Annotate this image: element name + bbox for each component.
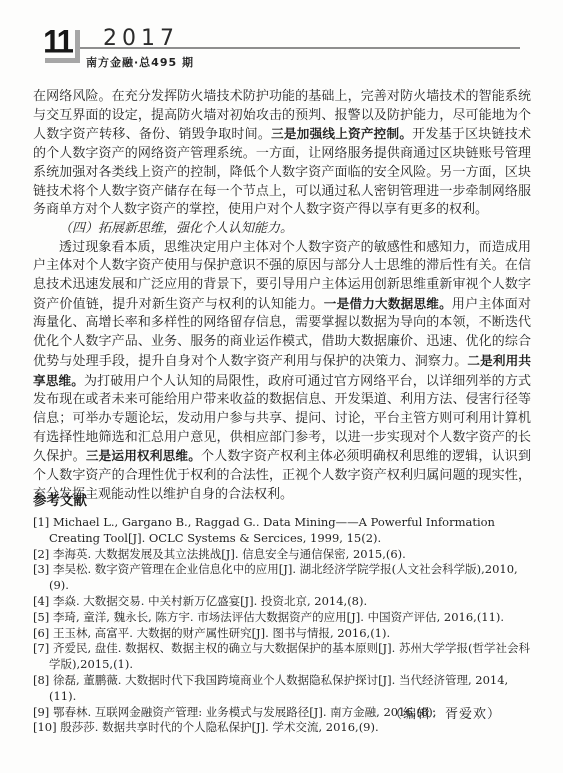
editor-note: （编辑：胥爱欢） <box>389 703 501 722</box>
text-run-bold: 三是加强线上资产控制。 <box>271 126 412 141</box>
reference-item: [8] 徐磊, 董鹏薇. 大数据时代下我国跨境商业个人数据隐私保护探讨[J]. … <box>33 673 531 705</box>
reference-item: [1] Michael L., Gargano B., Raggad G.. D… <box>33 515 531 547</box>
reference-item: [6] 王玉林, 高富平. 大数据的财产属性研究[J]. 图书与情报, 2016… <box>33 626 531 642</box>
header-rule <box>80 47 520 49</box>
issue-number-box: 11 <box>40 25 75 58</box>
paragraph-continuation: 在网络风险。在充分发挥防火墙技术防护功能的基础上，完善对防火墙技术的智能系统与交… <box>33 88 531 220</box>
references-title: 参考文献 <box>33 489 531 509</box>
paragraph-main: 透过现象看本质，思维决定用户主体对个人数字资产的敏感性和感知力，而造成用户主体对… <box>33 239 531 505</box>
reference-item: [7] 齐爱民, 盘佳. 数据权、数据主权的确立与大数据保护的基本原则[J]. … <box>33 641 531 673</box>
reference-item: [3] 李吴松. 数字资产管理在企业信息化中的应用[J]. 湖北经济学院学报(人… <box>33 562 531 594</box>
reference-item: [10] 殷莎莎. 数据共享时代的个人隐私保护[J]. 学术交流, 2016,(… <box>33 720 531 736</box>
article-body: 在网络风险。在充分发挥防火墙技术防护功能的基础上，完善对防火墙技术的智能系统与交… <box>33 88 531 504</box>
issue-number: 11 <box>43 25 72 58</box>
reference-item: [5] 李琦, 童洋, 魏永长, 陈方宇. 市场法评估大数据资产的应用[J]. … <box>33 610 531 626</box>
journal-page: 11 2017 南方金融·总495 期 在网络风险。在充分发挥防火墙技术防护功能… <box>0 0 563 773</box>
reference-item: [4] 李焱. 大数据交易. 中关村新万亿盛宴[J]. 投资北京, 2014,(… <box>33 594 531 610</box>
reference-item: [2] 李海英. 大数据发展及其立法挑战[J]. 信息安全与通信保密, 2015… <box>33 547 531 563</box>
journal-title-line: 南方金融·总495 期 <box>86 54 194 70</box>
section-subheading: （四）拓展新思维，强化个人认知能力。 <box>33 220 531 239</box>
text-run-bold: 一是借力大数据思维。 <box>324 296 452 311</box>
text-run-bold: 三是运用权利思维。 <box>86 448 201 463</box>
references-section: 参考文献 [1] Michael L., Gargano B., Raggad … <box>33 489 531 736</box>
